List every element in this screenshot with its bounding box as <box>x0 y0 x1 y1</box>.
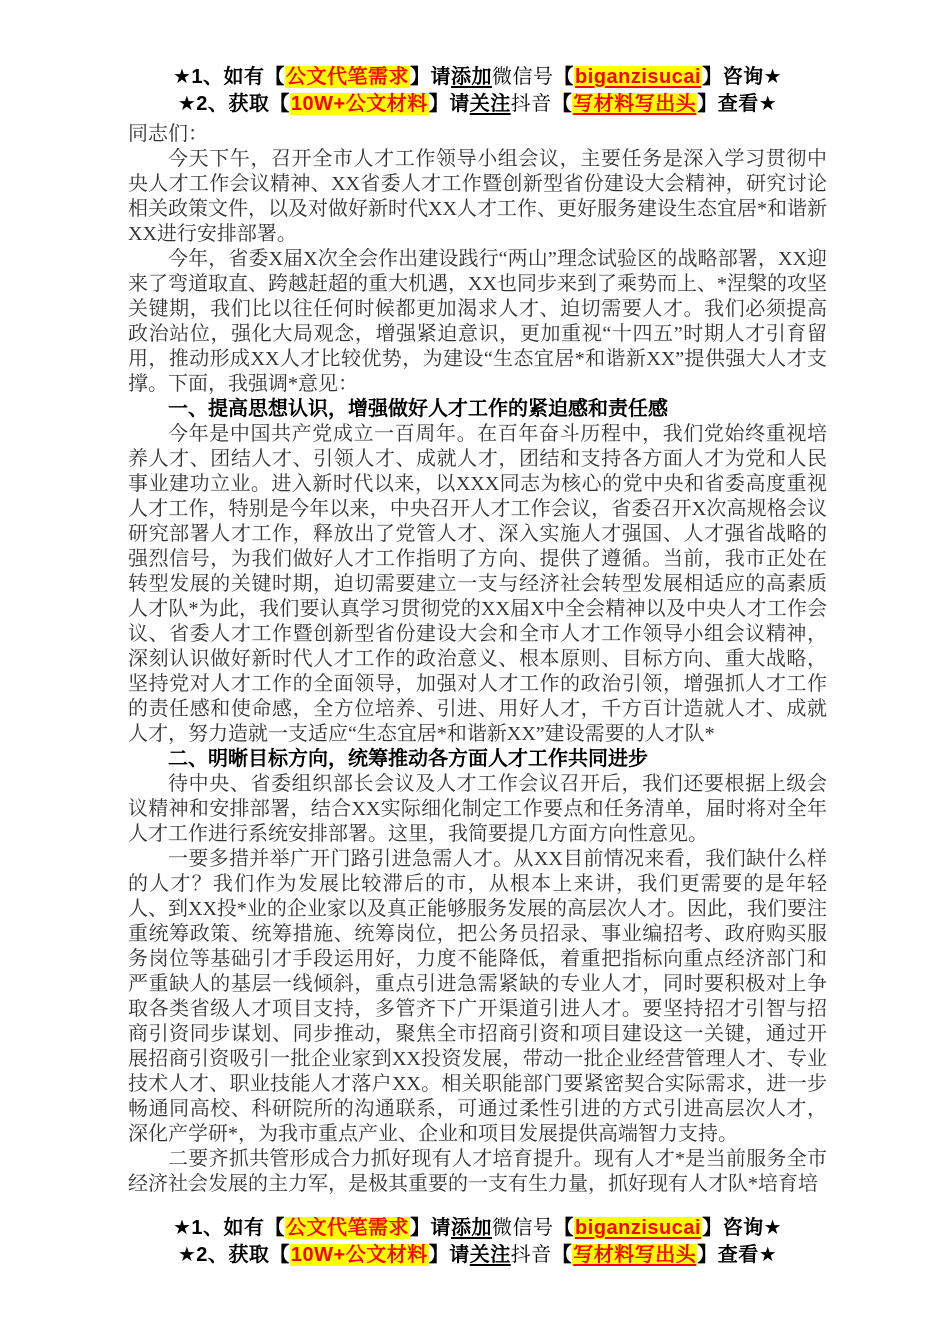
promo-text: 】请 <box>410 1217 451 1239</box>
action-add-label: 添加 <box>451 66 492 88</box>
bracket-open: 【 <box>552 1244 573 1266</box>
document-body: 同志们： 今天下午，召开全市人才工作领导小组会议，主要任务是深入学习贯彻中央人才… <box>128 122 827 1197</box>
document-page: ★1、如有【公文代笔需求】请添加微信号【biganzisucai】咨询★ ★2、… <box>0 0 950 1344</box>
salutation: 同志们： <box>128 122 827 147</box>
douyin-account-name: 写材料写出头 <box>572 93 697 115</box>
promo-text: 】请 <box>410 66 451 88</box>
promo-text: 】请 <box>429 1244 470 1266</box>
heading-section-1: 一、提高思想认识，增强做好人才工作的紧迫感和责任感 <box>128 397 827 422</box>
paragraph-section-1: 今年是中国共产党成立一百周年。在百年奋斗历程中，我们党始终重视培养人才、团结人才… <box>128 422 827 747</box>
douyin-account-name: 写材料写出头 <box>572 1244 697 1266</box>
promo-banner-bottom: ★1、如有【公文代笔需求】请添加微信号【biganzisucai】咨询★ ★2、… <box>128 1215 827 1269</box>
highlight-keyword-writing-service: 公文代笔需求 <box>285 1217 410 1239</box>
wechat-id: biganzisucai <box>574 1217 702 1239</box>
action-follow-label: 关注 <box>470 1244 511 1266</box>
promo-suffix-2: 】查看★ <box>697 1244 777 1266</box>
highlight-keyword-materials: 10W+公文材料 <box>290 93 429 115</box>
promo-suffix-1: 】咨询★ <box>702 1217 782 1239</box>
paragraph-context: 今年，省委X届X次全会作出建设践行“两山”理念试验区的战略部署，XX迎来了弯道取… <box>128 247 827 397</box>
promo-prefix-2: ★2、获取【 <box>178 1244 290 1266</box>
promo-line-2: ★2、获取【10W+公文材料】请关注抖音【写材料写出头】查看★ <box>128 1242 827 1269</box>
promo-text: 】请 <box>429 93 470 115</box>
douyin-label: 抖音 <box>511 93 552 115</box>
promo-suffix-1: 】咨询★ <box>702 66 782 88</box>
promo-line-1: ★1、如有【公文代笔需求】请添加微信号【biganzisucai】咨询★ <box>128 1215 827 1242</box>
douyin-label: 抖音 <box>511 1244 552 1266</box>
bracket-open: 【 <box>554 1217 575 1239</box>
paragraph-plan: 待中央、省委组织部长会议及人才工作会议召开后，我们还要根据上级会议精神和安排部署… <box>128 772 827 847</box>
bracket-open: 【 <box>554 66 575 88</box>
promo-prefix-1: ★1、如有【 <box>173 1217 285 1239</box>
promo-prefix-1: ★1、如有【 <box>173 66 285 88</box>
action-add-label: 添加 <box>451 1217 492 1239</box>
highlight-keyword-writing-service: 公文代笔需求 <box>285 66 410 88</box>
promo-suffix-2: 】查看★ <box>697 93 777 115</box>
wechat-id: biganzisucai <box>574 66 702 88</box>
bracket-open: 【 <box>552 93 573 115</box>
highlight-keyword-materials: 10W+公文材料 <box>290 1244 429 1266</box>
paragraph-meeting-purpose: 今天下午，召开全市人才工作领导小组会议，主要任务是深入学习贯彻中央人才工作会议精… <box>128 147 827 247</box>
paragraph-point-1: 一要多措并举广开门路引进急需人才。从XX目前情况来看，我们缺什么样的人才？我们作… <box>128 847 827 1147</box>
promo-prefix-2: ★2、获取【 <box>178 93 290 115</box>
wechat-label: 微信号 <box>492 66 554 88</box>
heading-section-2: 二、明晰目标方向，统筹推动各方面人才工作共同进步 <box>128 747 827 772</box>
promo-line-1: ★1、如有【公文代笔需求】请添加微信号【biganzisucai】咨询★ <box>128 64 827 91</box>
promo-line-2: ★2、获取【10W+公文材料】请关注抖音【写材料写出头】查看★ <box>128 91 827 118</box>
action-follow-label: 关注 <box>470 93 511 115</box>
wechat-label: 微信号 <box>492 1217 554 1239</box>
promo-banner-top: ★1、如有【公文代笔需求】请添加微信号【biganzisucai】咨询★ ★2、… <box>128 64 827 118</box>
paragraph-point-2: 二要齐抓共管形成合力抓好现有人才培育提升。现有人才*是当前服务全市经济社会发展的… <box>128 1147 827 1197</box>
